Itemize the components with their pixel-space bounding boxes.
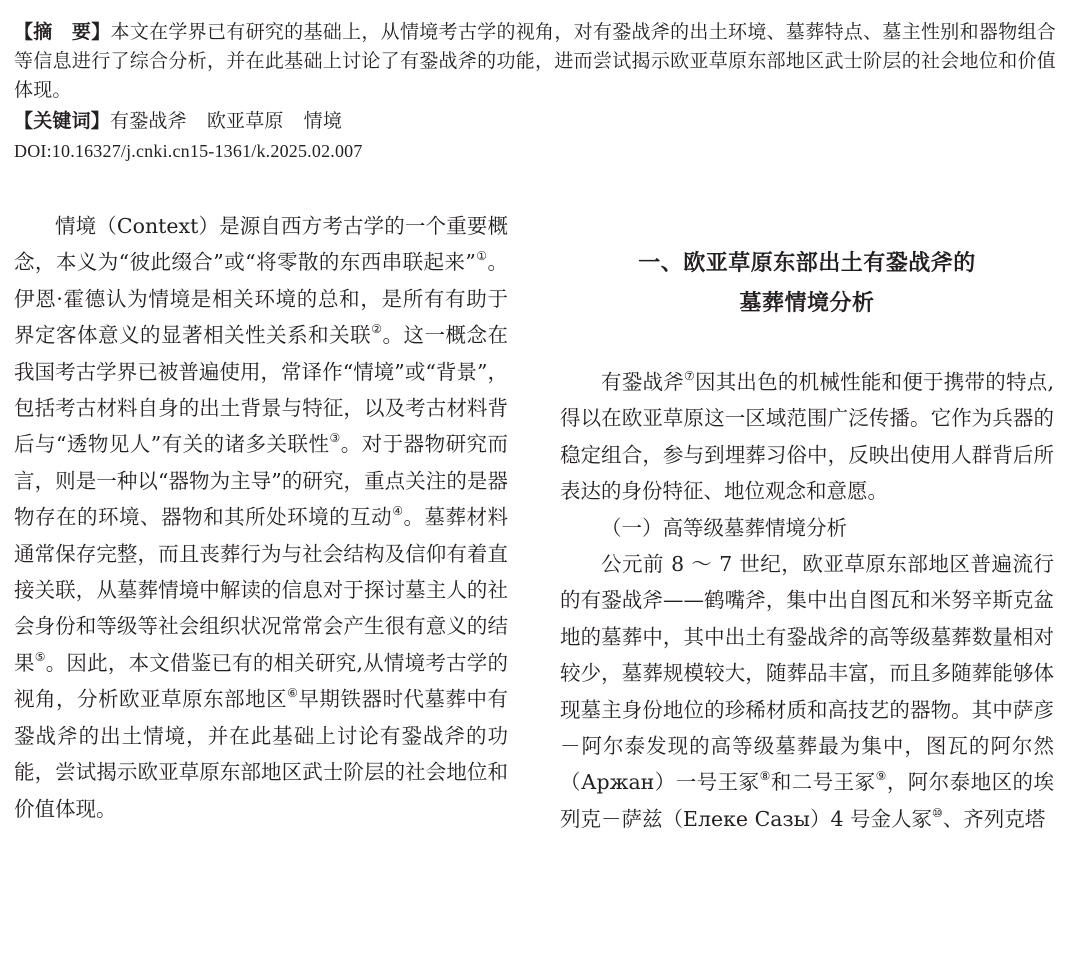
abstract-label: 【摘 要】 <box>14 21 111 43</box>
footnote-ref[interactable]: ⑩ <box>932 806 943 820</box>
body-paragraph: 公元前 8 ～ 7 世纪，欧亚草原东部地区普遍流行的有銎战斧——鹤嘴斧，集中出自… <box>560 546 1054 837</box>
footnote-ref[interactable]: ③ <box>329 431 340 445</box>
doi-line: DOI:10.16327/j.cnki.cn15-1361/k.2025.02.… <box>14 137 1056 165</box>
keyword-item: 欧亚草原 <box>207 110 284 132</box>
keyword-item: 情境 <box>304 110 342 132</box>
footnote-ref[interactable]: ⑨ <box>876 769 887 783</box>
text-segment: 情境（Context）是源自西方考古学的一个重要概念，本义为“彼此缀合”或“将零… <box>14 214 508 274</box>
footnote-ref[interactable]: ⑤ <box>35 650 46 664</box>
subsection-heading: （一）高等级墓葬情境分析 <box>560 510 1054 546</box>
footnote-ref[interactable]: ④ <box>392 504 403 518</box>
footnote-ref[interactable]: ⑦ <box>684 369 695 383</box>
text-segment: 公元前 8 ～ 7 世纪，欧亚草原东部地区普遍流行的有銎战斧——鹤嘴斧，集中出自… <box>560 552 1054 794</box>
footnote-ref[interactable]: ② <box>371 322 382 336</box>
left-column: 情境（Context）是源自西方考古学的一个重要概念，本义为“彼此缀合”或“将零… <box>14 208 508 827</box>
text-segment: 有銎战斧 <box>601 370 684 394</box>
intro-paragraph: 情境（Context）是源自西方考古学的一个重要概念，本义为“彼此缀合”或“将零… <box>14 208 508 827</box>
text-segment: 。墓葬材料通常保存完整，而且丧葬行为与社会结构及信仰有着直接关联，从墓葬情境中解… <box>14 505 508 675</box>
abstract-paragraph: 【摘 要】本文在学界已有研究的基础上，从情境考古学的视角，对有銎战斧的出土环境、… <box>14 18 1056 105</box>
text-segment: 、齐列克塔 <box>943 807 1046 831</box>
footnote-ref[interactable]: ① <box>476 249 488 263</box>
body-paragraph: 有銎战斧⑦因其出色的机械性能和便于携带的特点,得以在欧亚草原这一区域范围广泛传播… <box>560 364 1054 510</box>
section-heading: 一、欧亚草原东部出土有銎战斧的 墓葬情境分析 <box>560 244 1054 324</box>
section-heading-line: 一、欧亚草原东部出土有銎战斧的 <box>560 244 1054 284</box>
keywords-label: 【关键词】 <box>14 110 110 132</box>
text-segment: 和二号王冢 <box>771 770 876 794</box>
abstract-text: 本文在学界已有研究的基础上，从情境考古学的视角，对有銎战斧的出土环境、墓葬特点、… <box>14 21 1056 101</box>
footnote-ref[interactable]: ⑧ <box>760 769 771 783</box>
abstract-section: 【摘 要】本文在学界已有研究的基础上，从情境考古学的视角，对有銎战斧的出土环境、… <box>14 18 1056 165</box>
right-column: 一、欧亚草原东部出土有銎战斧的 墓葬情境分析 有銎战斧⑦因其出色的机械性能和便于… <box>560 208 1054 837</box>
keywords-line: 【关键词】有銎战斧欧亚草原情境 <box>14 105 1056 137</box>
footnote-ref[interactable]: ⑥ <box>287 686 298 700</box>
keyword-item: 有銎战斧 <box>110 110 187 132</box>
section-heading-line: 墓葬情境分析 <box>560 284 1054 324</box>
